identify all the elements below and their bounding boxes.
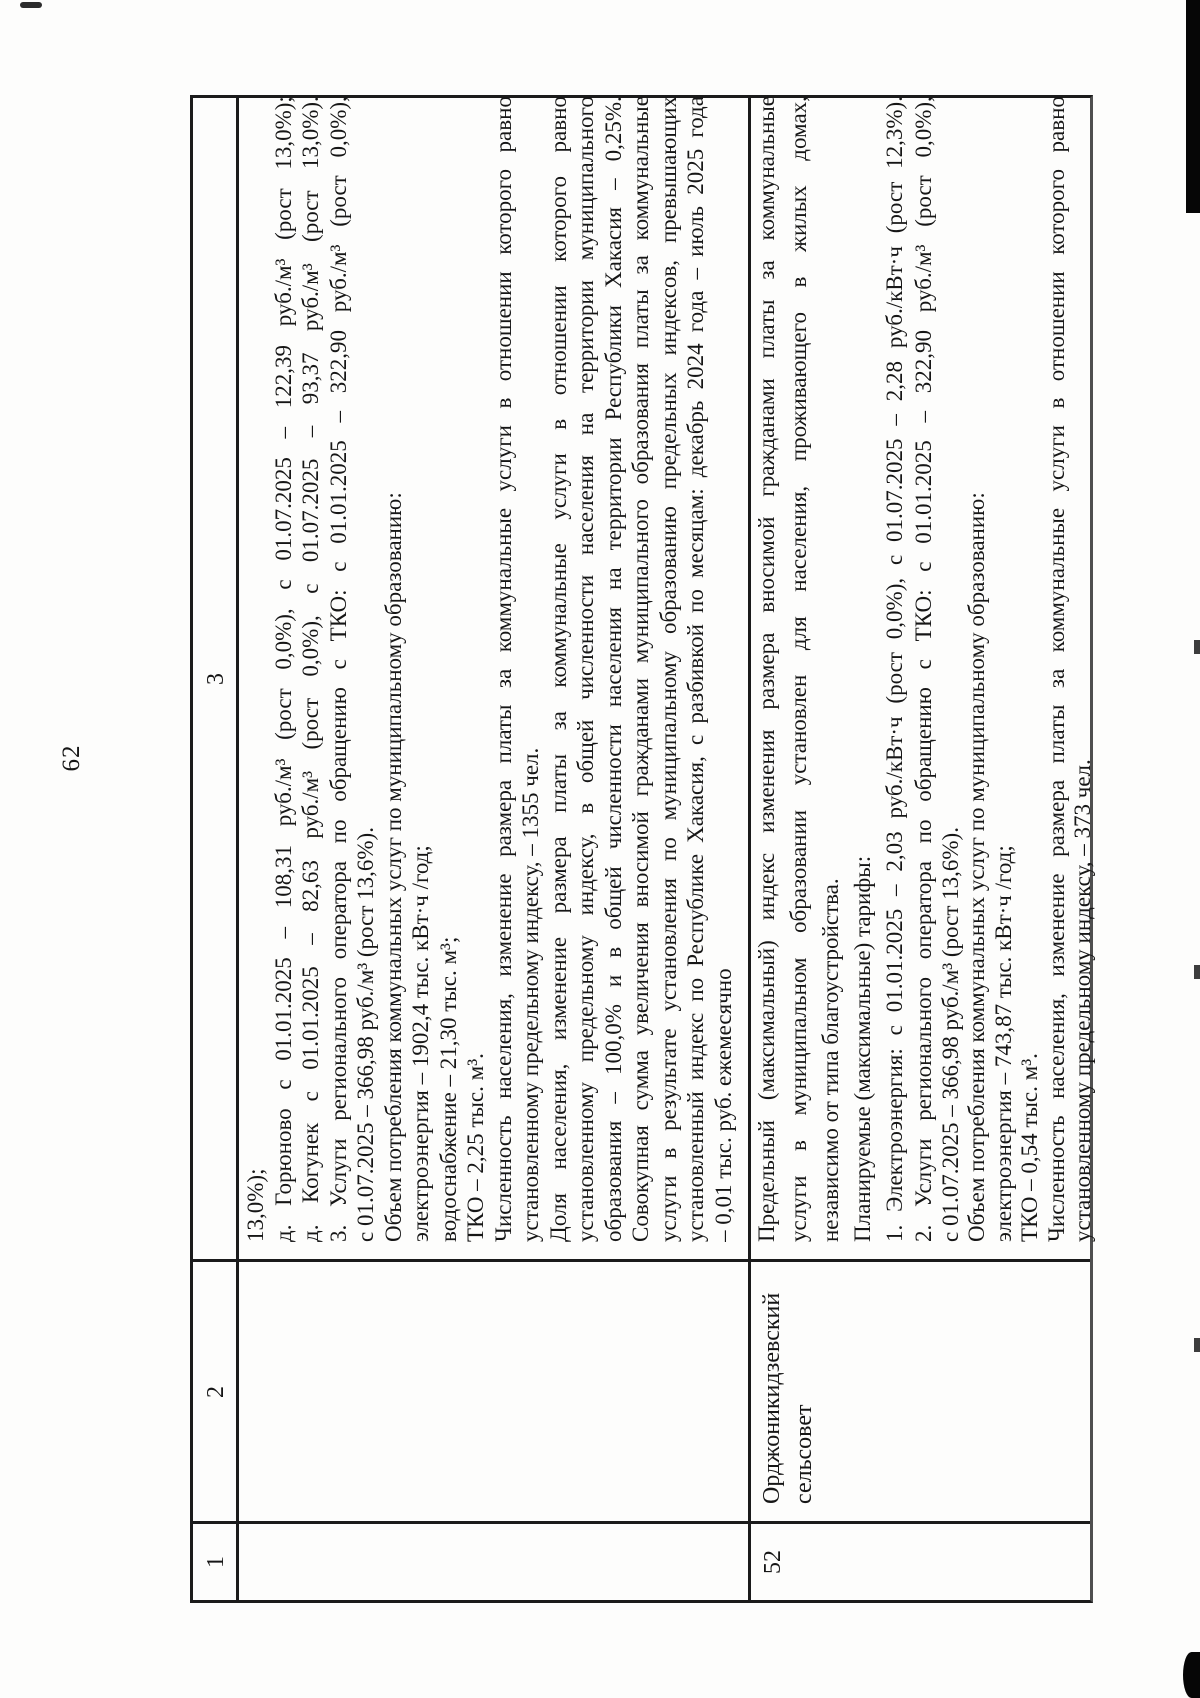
text-line: Совокупнаясуммаувеличениявносимойграждан…: [627, 96, 655, 1242]
rotated-page-content: 62 1 2 3 13,0%);д.Горюновос01.01.2025–10…: [0, 0, 1200, 1698]
text-line: с 01.07.2025 – 366,98 руб./м³ (рост 13,6…: [352, 96, 380, 1242]
text-line: установленныйиндекспоРеспубликеХакасия,с…: [682, 96, 710, 1242]
text-line: услугиврезультатеустановленияпомуниципал…: [655, 96, 683, 1242]
text-line: ТКО – 0,54 тыс. м³.: [1017, 96, 1044, 1242]
row-52-number: 52: [760, 1524, 787, 1600]
tariff-table: 1 2 3 13,0%);д.Горюновос01.01.2025–108,3…: [190, 95, 1093, 1603]
row-continuation-col3-text: 13,0%);д.Горюновос01.01.2025–108,31руб./…: [242, 96, 737, 1242]
scan-artifact-bottom-right-blob: [1183, 1652, 1200, 1698]
text-line: Численностьнаселения,изменениеразмерапла…: [490, 96, 518, 1242]
text-line: установленномупредельномуиндексу,вобщейч…: [572, 96, 600, 1242]
text-line: д.Горюновос01.01.2025–108,31руб./м³(рост…: [270, 96, 298, 1242]
column-header-2: 2: [193, 1262, 236, 1522]
scan-artifact-edge-tick: [1194, 640, 1200, 654]
column-divider-2: [193, 1260, 1090, 1263]
text-line: образования–100,0%ивобщейчисленностинасе…: [600, 96, 628, 1242]
column-header-3: 3: [193, 96, 236, 1262]
column-header-1: 1: [193, 1524, 236, 1600]
row-52-col3-text-volumes: 2.Услугирегиональногооператорапообращени…: [911, 96, 1097, 1242]
text-line: 3.Услугирегиональногооператорапообращени…: [325, 96, 353, 1242]
header-row-divider: [236, 98, 239, 1600]
text-line: электроэнергия – 1902,4 тыс. кВт·ч /год;: [407, 96, 435, 1242]
scan-artifact-top-left-dash: [20, 2, 42, 8]
page-number: 62: [58, 730, 86, 786]
text-line: – 0,01 тыс. руб. ежемесячно: [710, 96, 738, 1242]
row-52-col3-text-tariffs: Предельный(максимальный)индексизмененияр…: [751, 96, 911, 1242]
text-line: Объем потребления коммунальных услуг по …: [964, 96, 991, 1242]
text-line: водоснабжение – 21,30 тыс. м³;: [435, 96, 463, 1242]
text-line: установленному предельному индексу, – 13…: [517, 96, 545, 1242]
text-line: 2.Услугирегиональногооператорапообращени…: [911, 96, 938, 1242]
column-divider-1: [193, 1522, 1090, 1525]
text-line: независимо от типа благоустройства.: [815, 96, 847, 1242]
scan-artifact-top-right-band: [1186, 0, 1200, 213]
text-line: д.Когунекс01.01.2025–82,63руб./м³(рост0,…: [297, 96, 325, 1242]
text-line: электроэнергия – 743,87 тыс. кВт·ч /год;: [991, 96, 1018, 1242]
text-line: Планируемые (максимальные) тарифы:: [847, 96, 879, 1242]
text-line: 13,0%);: [242, 96, 270, 1242]
text-line: Численностьнаселения,изменениеразмерапла…: [1044, 96, 1071, 1242]
scanned-document-page: 62 1 2 3 13,0%);д.Горюновос01.01.2025–10…: [0, 0, 1200, 1698]
text-line: 1.Электроэнергия:с01.01.2025–2,03руб./кВ…: [879, 96, 911, 1242]
text-line: Предельный(максимальный)индексизмененияр…: [751, 96, 783, 1242]
text-line: услугивмуниципальномобразованииустановле…: [783, 96, 815, 1242]
text-line: Объем потребления коммунальных услуг по …: [380, 96, 408, 1242]
text-line: с 01.07.2025 – 366,98 руб./м³ (рост 13,6…: [938, 96, 965, 1242]
text-line: ТКО – 2,25 тыс. м³.: [462, 96, 490, 1242]
scan-artifact-edge-tick: [1194, 1338, 1200, 1352]
text-line: установленному предельному индексу, – 37…: [1070, 96, 1097, 1242]
scan-artifact-edge-tick: [1194, 965, 1200, 979]
row-52-municipality-name: Орджоникидзевский сельсовет: [757, 1254, 820, 1504]
text-line: Долянаселения,изменениеразмераплатызаком…: [545, 96, 573, 1242]
